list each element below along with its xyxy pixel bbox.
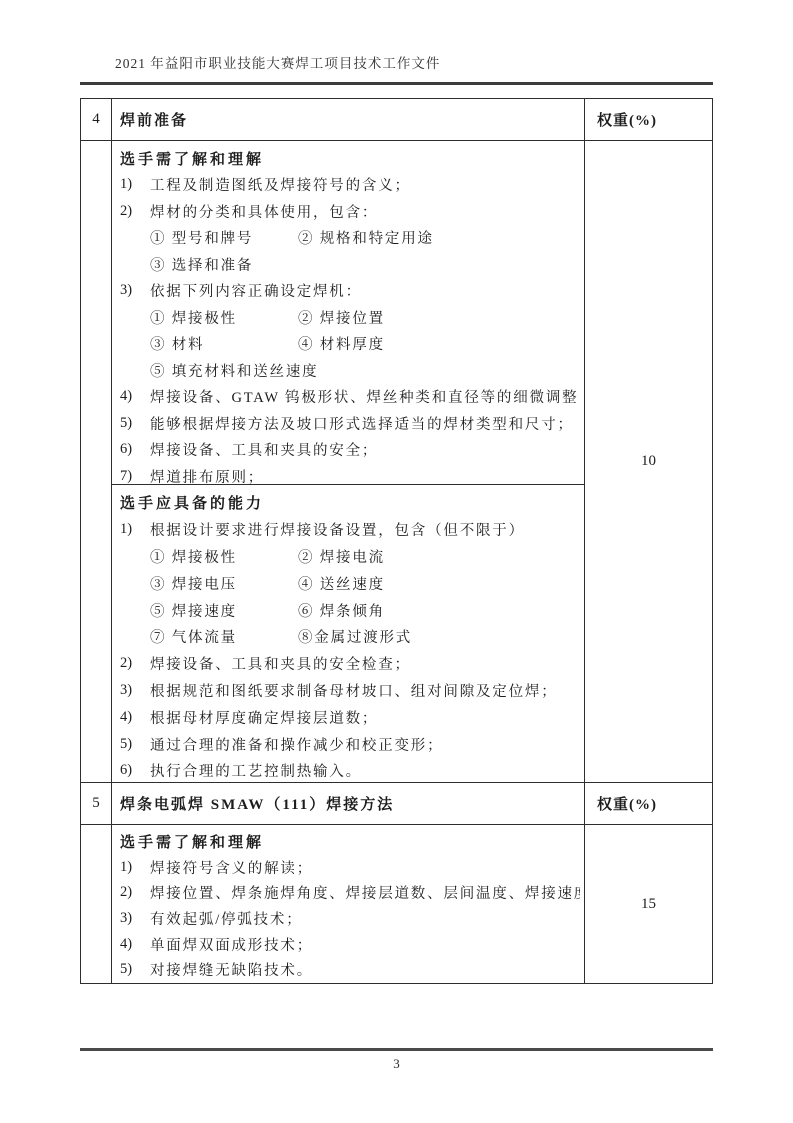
sub-item-right: ④ 材料厚度 [298,333,580,354]
list-item: 2) 焊材的分类和具体使用，包含： [120,198,580,225]
list-item: 1) 焊接符号含义的解读； [120,855,580,881]
table-row-4-header: 4 焊前准备 权重(%) [81,99,712,141]
list-item: 3) 有效起弧/停弧技术； [120,906,580,932]
list-item-text: 能够根据焊接方法及坡口形式选择适当的焊材类型和尺寸； [150,413,580,434]
list-item-text: 根据设计要求进行焊接设备设置，包含（但不限于） [150,519,580,540]
sub-item-right: ⑥ 焊条倾角 [298,600,580,621]
document-page: 2021 年益阳市职业技能大赛焊工项目技术工作文件 4 焊前准备 权重(%) 选… [0,0,793,1123]
list-item: 3) 依据下列内容正确设定焊机： [120,278,580,305]
sub-item: ③ 选择和准备 [120,251,580,278]
list-item-number: 2) [120,203,150,220]
list-item-number: 4) [120,936,150,953]
list-item-number: 6) [120,762,150,779]
table-row-5-header: 5 焊条电弧焊 SMAW（111）焊接方法 权重(%) [81,783,712,825]
sub-item-left: ⑤ 焊接速度 [150,600,298,621]
list-item-text: 焊接位置、焊条施焊角度、焊接层道数、层间温度、焊接速度； [150,882,580,903]
table-row-5-body: 选手需了解和理解 1) 焊接符号含义的解读； 2) 焊接位置、焊条施焊角度、焊接… [81,825,712,983]
row-4-number: 4 [81,99,112,140]
list-item-number: 3) [120,682,150,699]
section-heading: 选手需了解和理解 [120,145,580,172]
list-item-text: 焊接设备、工具和夹具的安全检查； [150,653,580,674]
list-item-text: 根据母材厚度确定焊接层道数； [150,707,580,728]
list-item-number: 1) [120,521,150,538]
sub-item: ⑤ 填充材料和送丝速度 [120,357,580,384]
list-item-text: 有效起弧/停弧技术； [150,908,580,929]
list-item-number: 2) [120,884,150,901]
sub-item-left: ① 焊接极性 [150,546,298,567]
list-item-text: 通过合理的准备和操作减少和校正变形； [150,734,580,755]
header-rule [80,82,713,85]
list-item-number: 1) [120,859,150,876]
weight-value-4: 10 [585,141,712,782]
row-5-title: 焊条电弧焊 SMAW（111）焊接方法 [112,783,585,824]
page-header-title: 2021 年益阳市职业技能大赛焊工项目技术工作文件 [115,52,440,72]
list-item-number: 3) [120,282,150,299]
footer-rule [80,1048,713,1051]
list-item: 4) 单面焊双面成形技术； [120,931,580,957]
sub-item-pair: ① 焊接极性 ② 焊接电流 [120,543,580,570]
list-item: 4) 根据母材厚度确定焊接层道数； [120,704,580,731]
weight-header-4: 权重(%) [585,99,712,140]
sub-item-pair: ⑤ 焊接速度 ⑥ 焊条倾角 [120,597,580,624]
row-4-title: 焊前准备 [112,99,585,140]
list-item-text: 焊接设备、工具和夹具的安全； [150,439,580,460]
list-item-number: 1) [120,176,150,193]
list-item: 6) 执行合理的工艺控制热输入。 [120,757,580,782]
list-item-text: 焊道排布原则； [150,466,580,486]
sub-item-right: ② 焊接电流 [298,546,580,567]
list-item-text: 焊接符号含义的解读； [150,857,580,878]
row-5-body-number-cell [81,825,112,983]
list-item: 4) 焊接设备、GTAW 钨极形状、焊丝种类和直径等的细微调整； [120,384,580,411]
row-5-content: 选手需了解和理解 1) 焊接符号含义的解读； 2) 焊接位置、焊条施焊角度、焊接… [112,825,585,983]
list-item-text: 对接焊缝无缺陷技术。 [150,959,580,980]
page-number: 3 [0,1056,793,1072]
sub-item-left: ① 型号和牌号 [150,227,298,248]
list-item-text: 焊材的分类和具体使用，包含： [150,201,580,222]
row-5-section-knowledge: 选手需了解和理解 1) 焊接符号含义的解读； 2) 焊接位置、焊条施焊角度、焊接… [112,825,584,983]
list-item-number: 6) [120,441,150,458]
row-4-section-abilities: 选手应具备的能力 1) 根据设计要求进行焊接设备设置，包含（但不限于） ① 焊接… [112,485,584,782]
row-5-number: 5 [81,783,112,824]
list-item-number: 4) [120,709,150,726]
list-item: 6) 焊接设备、工具和夹具的安全； [120,437,580,464]
row-4-section-knowledge: 选手需了解和理解 1) 工程及制造图纸及焊接符号的含义； 2) 焊材的分类和具体… [112,141,584,485]
list-item-number: 2) [120,655,150,672]
section-heading: 选手应具备的能力 [120,489,580,516]
table-row-4-body: 选手需了解和理解 1) 工程及制造图纸及焊接符号的含义； 2) 焊材的分类和具体… [81,141,712,783]
list-item-number: 5) [120,961,150,978]
list-item-text: 工程及制造图纸及焊接符号的含义； [150,174,580,195]
weight-value-5: 15 [585,825,712,983]
list-item: 2) 焊接位置、焊条施焊角度、焊接层道数、层间温度、焊接速度； [120,880,580,906]
list-item-number: 3) [120,910,150,927]
sub-item-left: ③ 材料 [150,333,298,354]
list-item: 3) 根据规范和图纸要求制备母材坡口、组对间隙及定位焊； [120,677,580,704]
sub-item-left: ③ 焊接电压 [150,573,298,594]
section-heading: 选手需了解和理解 [120,829,580,855]
list-item-number: 5) [120,415,150,432]
criteria-table: 4 焊前准备 权重(%) 选手需了解和理解 1) 工程及制造图纸及焊接符号的含义… [80,98,713,984]
list-item-text: 单面焊双面成形技术； [150,934,580,955]
sub-item-pair: ③ 焊接电压 ④ 送丝速度 [120,570,580,597]
list-item: 1) 根据设计要求进行焊接设备设置，包含（但不限于） [120,516,580,543]
sub-item-pair: ① 焊接极性 ② 焊接位置 [120,304,580,331]
sub-item-left: ① 焊接极性 [150,307,298,328]
list-item: 2) 焊接设备、工具和夹具的安全检查； [120,650,580,677]
list-item-number: 7) [120,468,150,485]
list-item: 1) 工程及制造图纸及焊接符号的含义； [120,172,580,199]
list-item: 5) 通过合理的准备和操作减少和校正变形； [120,731,580,758]
weight-header-5: 权重(%) [585,783,712,824]
sub-item-left: ⑦ 气体流量 [150,626,298,647]
sub-item-pair: ① 型号和牌号 ② 规格和特定用途 [120,225,580,252]
sub-item-pair: ⑦ 气体流量 ⑧金属过渡形式 [120,623,580,650]
sub-item-right: ② 规格和特定用途 [298,227,580,248]
sub-item-pair: ③ 材料 ④ 材料厚度 [120,331,580,358]
sub-item-left: ⑤ 填充材料和送丝速度 [150,360,318,381]
list-item-text: 执行合理的工艺控制热输入。 [150,760,580,781]
list-item: 7) 焊道排布原则； [120,463,580,485]
list-item-text: 依据下列内容正确设定焊机： [150,280,580,301]
list-item-text: 根据规范和图纸要求制备母材坡口、组对间隙及定位焊； [150,680,580,701]
list-item: 5) 对接焊缝无缺陷技术。 [120,957,580,983]
list-item: 5) 能够根据焊接方法及坡口形式选择适当的焊材类型和尺寸； [120,410,580,437]
list-item-number: 4) [120,388,150,405]
sub-item-right: ④ 送丝速度 [298,573,580,594]
list-item-text: 焊接设备、GTAW 钨极形状、焊丝种类和直径等的细微调整； [150,386,580,407]
sub-item-left: ③ 选择和准备 [150,254,298,275]
sub-item-right: ⑧金属过渡形式 [298,626,580,647]
sub-item-right: ② 焊接位置 [298,307,580,328]
row-4-body-number-cell [81,141,112,782]
list-item-number: 5) [120,736,150,753]
row-4-content: 选手需了解和理解 1) 工程及制造图纸及焊接符号的含义； 2) 焊材的分类和具体… [112,141,585,782]
